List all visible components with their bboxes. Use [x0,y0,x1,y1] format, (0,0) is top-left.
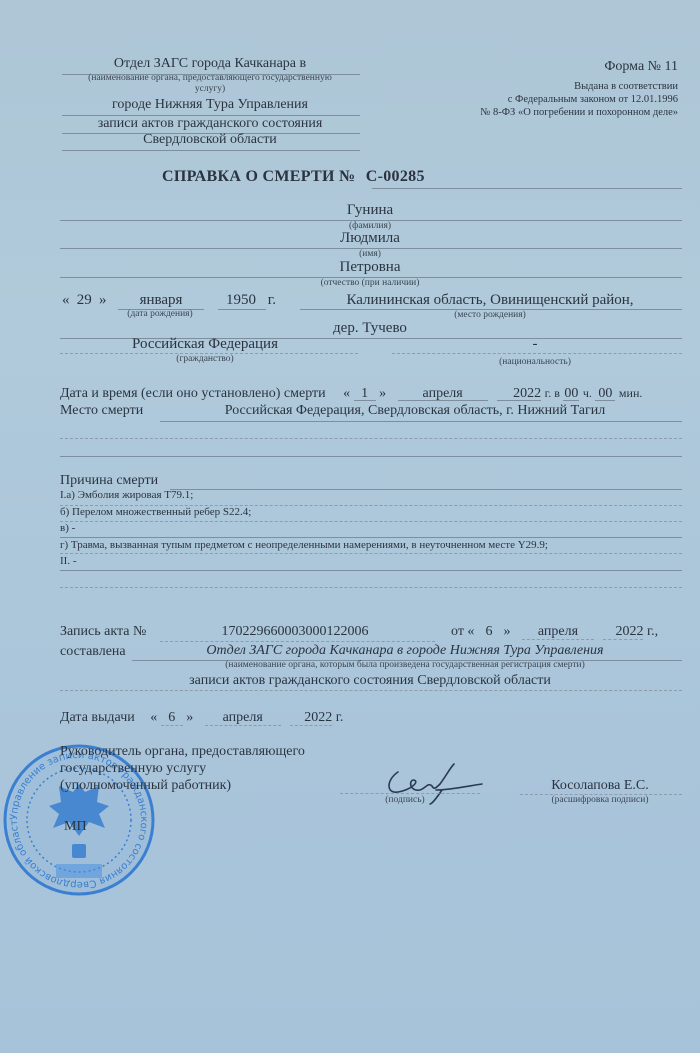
patronymic: Петровна [60,259,680,276]
record-number: 170229660003000122006 [160,624,430,640]
issuer-caption: (наименование органа, предоставляющего г… [55,73,365,84]
surname: Гунина [60,202,680,219]
cause-label: Причина смерти [60,473,158,489]
citizenship: Российская Федерация [60,336,350,353]
certificate-number: С-00285 [366,168,425,185]
birth-year: 1950 г. [226,292,276,309]
signature-caption: (подпись) [365,795,445,805]
nationality: - [390,336,680,353]
issuer-line3: записи актов гражданского состояния [60,116,360,132]
form-number: Форма № 11 [604,59,678,75]
issuer-line4: Свердловской области [60,132,360,148]
issuer-line2: городе Нижняя Тура Управления [60,97,360,113]
composed-caption: (наименование органа, которым была произ… [130,660,680,670]
composed-by2: записи актов гражданского состояния Свер… [60,673,680,689]
cause-item: в) - [60,522,75,534]
given-name: Людмила [60,230,680,247]
composed-label: составлена [60,644,126,660]
document-title: СПРАВКА О СМЕРТИ № С-00285 [162,168,425,186]
patronymic-caption: (отчество (при наличии) [60,278,680,288]
birth-month: января [118,292,204,309]
death-place: Российская Федерация, Свердловская облас… [160,403,670,419]
form-legal-basis: Выдана в соответствии с Федеральным зако… [480,80,678,119]
birth-place-caption: (место рождения) [300,310,680,320]
record-date: от « 6 » апреля 2022 г., [451,624,658,640]
issuer-block: Отдел ЗАГС города Качканара в [60,56,360,72]
birth-place-line1: Калининская область, Овинищенский район, [300,292,680,309]
issue-date: Дата выдачи « 6 » апреля 2022 г. [60,710,343,726]
cause-item: г) Травма, вызванная тупым предметом с н… [60,539,548,551]
nationality-caption: (национальность) [390,357,680,367]
signatory-role: Руководитель органа, предоставляющего го… [60,743,305,794]
birth-date-caption: (дата рождения) [110,309,210,319]
cause-item: II. - [60,555,77,567]
cause-item: I.а) Эмболия жировая Т79.1; [60,489,193,501]
signatory-name: Косолапова Е.С. [520,778,680,794]
stamp-mark: МП [64,819,87,834]
given-name-caption: (имя) [60,249,680,259]
death-place-label: Место смерти [60,403,143,419]
death-datetime: Дата и время (если оно установлено) смер… [60,386,642,402]
signatory-name-caption: (расшифровка подписи) [520,795,680,805]
citizenship-caption: (гражданство) [60,354,350,364]
birth-day: « 29 » [62,292,107,309]
composed-by: Отдел ЗАГС города Качканара в городе Ниж… [130,643,680,659]
record-label: Запись акта № [60,624,146,640]
cause-item: б) Перелом множественный ребер S22.4; [60,506,251,518]
issuer-caption2: услугу) [55,84,365,95]
issuer-line1: Отдел ЗАГС города Качканара в [60,56,360,72]
birth-place-line2: дер. Тучево [60,320,680,337]
